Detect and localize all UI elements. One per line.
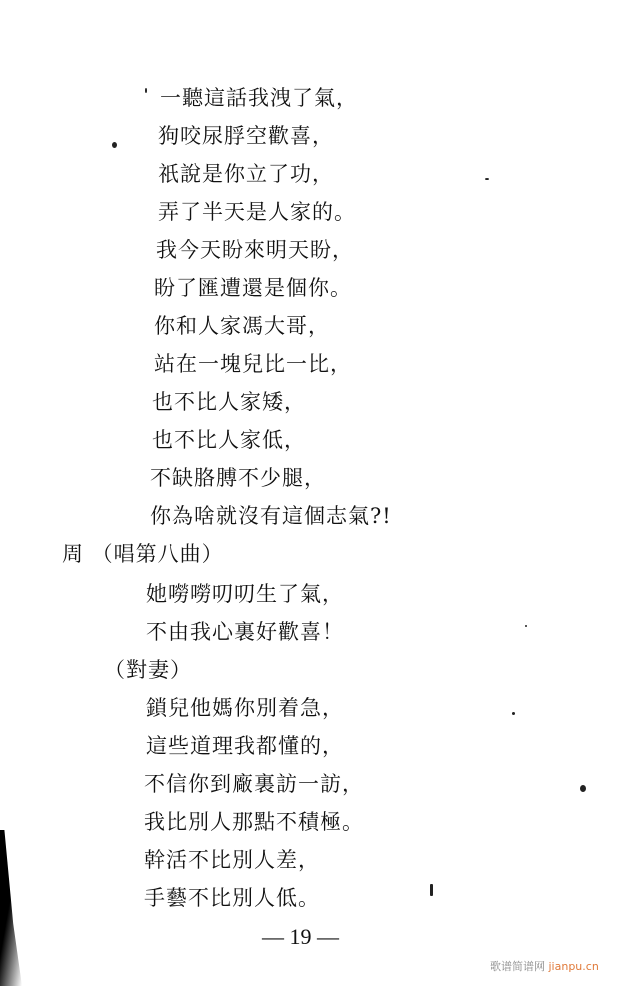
scan-speck: [485, 178, 489, 180]
speaker-direction: 周 （唱第八曲）: [62, 540, 224, 568]
verse-line-20: 手藝不比別人低。: [144, 884, 320, 912]
verse-line-9: 也不比人家矮，: [152, 388, 306, 416]
verse-line-14: 不由我心裏好歡喜！: [146, 618, 344, 646]
verse-line-7: 你和人家馮大哥，: [154, 312, 330, 340]
scan-speck: [430, 884, 433, 896]
verse-line-3: 祇說是你立了功，: [158, 160, 334, 188]
verse-line-15: 鎖兒他媽你別着急，: [146, 694, 344, 722]
scan-speck: [112, 142, 117, 148]
scan-speck: [525, 625, 527, 627]
verse-line-12: 你為啥就沒有這個志氣?!: [150, 502, 392, 530]
scan-speck: [145, 88, 147, 93]
verse-line-6: 盼了匯遭還是個你。: [154, 274, 352, 302]
verse-line-19: 幹活不比別人差，: [144, 846, 320, 874]
verse-line-17: 不信你到廠裏訪一訪，: [144, 770, 364, 798]
verse-line-5: 我今天盼來明天盼，: [156, 236, 354, 264]
watermark-cn: 歌谱简谱网: [490, 960, 545, 973]
page-number: — 19 —: [262, 924, 339, 950]
verse-line-16: 這些道理我都懂的，: [146, 732, 344, 760]
watermark-en: jianpu.cn: [549, 960, 599, 973]
stage-direction: （對妻）: [104, 656, 192, 684]
scan-speck: [580, 785, 586, 792]
watermark: 歌谱简谱网 jianpu.cn: [490, 958, 599, 974]
scan-speck: [512, 712, 515, 715]
verse-line-13: 她嘮嘮叨叨生了氣，: [146, 580, 344, 608]
verse-line-11: 不缺胳膊不少腿，: [150, 464, 326, 492]
verse-line-10: 也不比人家低，: [152, 426, 306, 454]
verse-line-2: 狗咬尿脬空歡喜，: [158, 122, 334, 150]
verse-line-18: 我比別人那點不積極。: [144, 808, 364, 836]
verse-line-4: 弄了半天是人家的。: [158, 198, 356, 226]
scan-edge-shadow: [0, 830, 22, 986]
verse-line-1: 一聽這話我洩了氣，: [160, 84, 358, 112]
verse-line-8: 站在一塊兒比一比，: [154, 350, 352, 378]
